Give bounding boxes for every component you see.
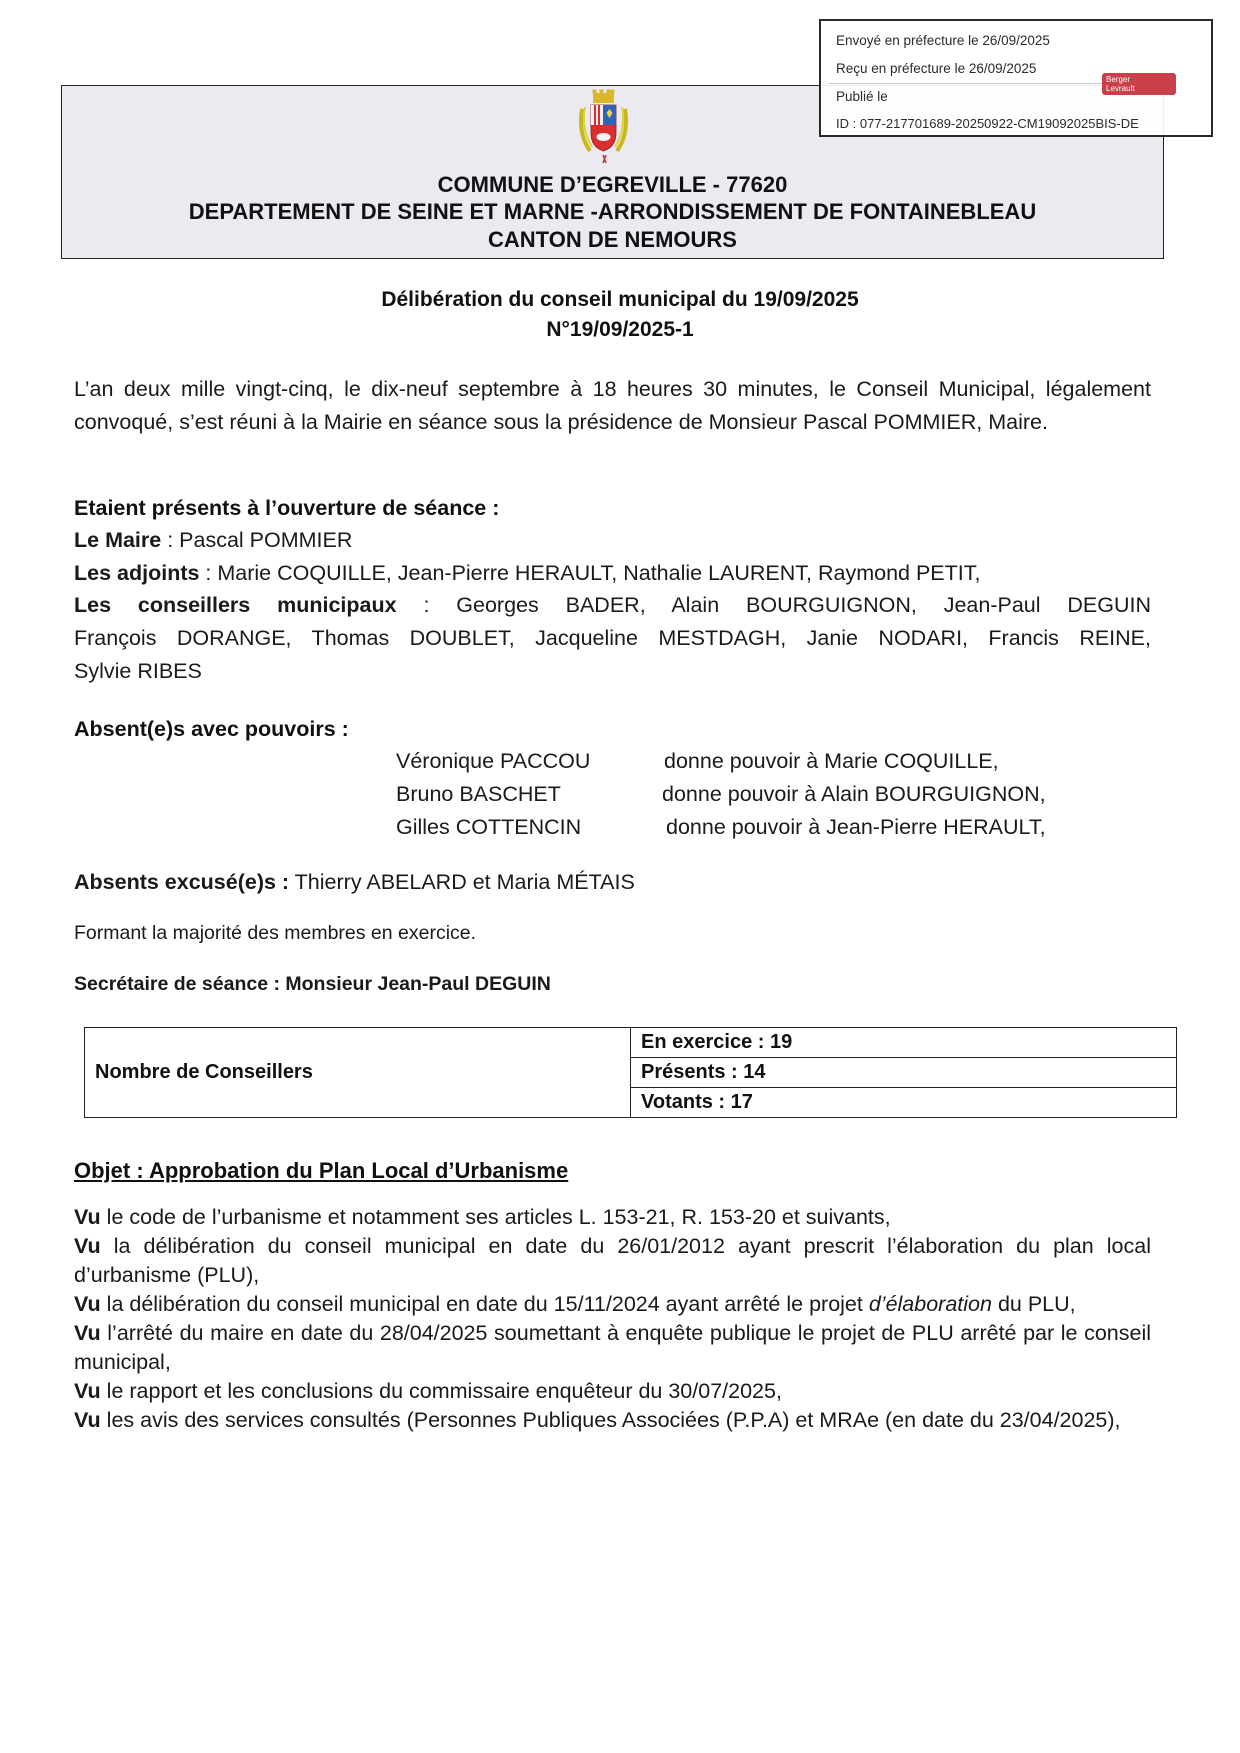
proxy-absent: Bruno BASCHET: [396, 778, 561, 811]
excused-line: Absents excusé(e)s : Thierry ABELARD et …: [74, 866, 1151, 899]
vu-lead: Vu: [74, 1292, 101, 1316]
excused-label: Absents excusé(e)s :: [74, 870, 289, 894]
logo-word-2: Levrault: [1106, 84, 1176, 93]
header-departement: DEPARTEMENT DE SEINE ET MARNE -ARRONDISS…: [62, 199, 1163, 225]
vu-text: l’arrêté du maire en date du 28/04/2025 …: [74, 1321, 1151, 1374]
proxy-delegate: donne pouvoir à Marie COQUILLE,: [664, 745, 999, 778]
vu-item: Vu la délibération du conseil municipal …: [74, 1232, 1151, 1290]
vu-text: la délibération du conseil municipal en …: [74, 1234, 1151, 1287]
maire-line: Le Maire : Pascal POMMIER: [74, 524, 1151, 557]
vu-text: les avis des services consultés (Personn…: [101, 1408, 1121, 1432]
excused-value: Thierry ABELARD et Maria MÉTAIS: [289, 870, 635, 894]
stamp-divider: [829, 83, 1121, 84]
conseillers-line-2: François DORANGE, Thomas DOUBLET, Jacque…: [74, 622, 1151, 655]
vu-lead: Vu: [74, 1379, 101, 1403]
count-en-exercice: En exercice : 19: [631, 1028, 1177, 1058]
vu-item: Vu l’arrêté du maire en date du 28/04/20…: [74, 1319, 1151, 1377]
objet-heading: Objet : Approbation du Plan Local d’Urba…: [74, 1158, 568, 1184]
vu-lead: Vu: [74, 1234, 101, 1258]
stamp-id: ID : 077-217701689-20250922-CM19092025BI…: [836, 116, 1139, 131]
count-votants: Votants : 17: [631, 1088, 1177, 1118]
conseillers-value-1: : Georges BADER, Alain BOURGUIGNON, Jean…: [397, 593, 1151, 617]
count-presents: Présents : 14: [631, 1058, 1177, 1088]
secretary-line: Secrétaire de séance : Monsieur Jean-Pau…: [74, 973, 551, 996]
adjoints-line: Les adjoints : Marie COQUILLE, Jean-Pier…: [74, 557, 1151, 590]
proxy-delegate: donne pouvoir à Jean-Pierre HERAULT,: [666, 811, 1046, 844]
header-canton: CANTON DE NEMOURS: [62, 227, 1163, 253]
counts-label: Nombre de Conseillers: [85, 1028, 631, 1118]
logo-word-1: Berger: [1106, 75, 1176, 84]
vu-item: Vu le rapport et les conclusions du comm…: [74, 1377, 1151, 1406]
vu-text: le code de l’urbanisme et notamment ses …: [101, 1205, 891, 1229]
proxies-heading: Absent(e)s avec pouvoirs :: [74, 717, 349, 742]
berger-levrault-logo: Berger Levrault: [1102, 73, 1176, 95]
council-counts-table: Nombre de Conseillers En exercice : 19 P…: [84, 1027, 1177, 1118]
proxy-delegate: donne pouvoir à Alain BOURGUIGNON,: [662, 778, 1046, 811]
proxy-absent: Gilles COTTENCIN: [396, 811, 581, 844]
conseillers-line-1: Les conseillers municipaux : Georges BAD…: [74, 589, 1151, 622]
adjoints-label: Les adjoints: [74, 561, 199, 585]
maire-label: Le Maire: [74, 528, 161, 552]
vu-lead: Vu: [74, 1205, 101, 1229]
maire-value: : Pascal POMMIER: [161, 528, 352, 552]
vu-text: la délibération du conseil municipal en …: [101, 1292, 869, 1316]
stamp-sent: Envoyé en préfecture le 26/09/2025: [836, 33, 1050, 48]
vu-italic: d’élaboration: [869, 1292, 992, 1316]
vu-list: Vu le code de l’urbanisme et notamment s…: [74, 1203, 1151, 1435]
vu-lead: Vu: [74, 1408, 101, 1432]
deliberation-title: Délibération du conseil municipal du 19/…: [0, 288, 1240, 312]
vu-item: Vu les avis des services consultés (Pers…: [74, 1406, 1151, 1435]
stamp-published: Publié le: [836, 89, 888, 104]
prefecture-stamp: Envoyé en préfecture le 26/09/2025 Reçu …: [819, 19, 1213, 137]
deliberation-number: N°19/09/2025-1: [0, 318, 1240, 342]
vu-item: Vu le code de l’urbanisme et notamment s…: [74, 1203, 1151, 1232]
conseillers-label: Les conseillers municipaux: [74, 593, 397, 617]
header-commune: COMMUNE D’EGREVILLE - 77620: [62, 172, 1163, 198]
vu-text: le rapport et les conclusions du commiss…: [101, 1379, 782, 1403]
adjoints-value: : Marie COQUILLE, Jean-Pierre HERAULT, N…: [199, 561, 980, 585]
coat-of-arms-icon: [576, 89, 631, 169]
proxy-absent: Véronique PACCOU: [396, 745, 590, 778]
conseillers-line-3: Sylvie RIBES: [74, 655, 1151, 688]
majority-note: Formant la majorité des membres en exerc…: [74, 922, 476, 945]
vu-lead: Vu: [74, 1321, 101, 1345]
vu-text-continued: du PLU,: [992, 1292, 1076, 1316]
vu-item: Vu la délibération du conseil municipal …: [74, 1290, 1151, 1319]
presents-heading: Etaient présents à l’ouverture de séance…: [74, 496, 499, 521]
stamp-received: Reçu en préfecture le 26/09/2025: [836, 61, 1036, 76]
intro-paragraph: L’an deux mille vingt-cinq, le dix-neuf …: [74, 373, 1151, 439]
